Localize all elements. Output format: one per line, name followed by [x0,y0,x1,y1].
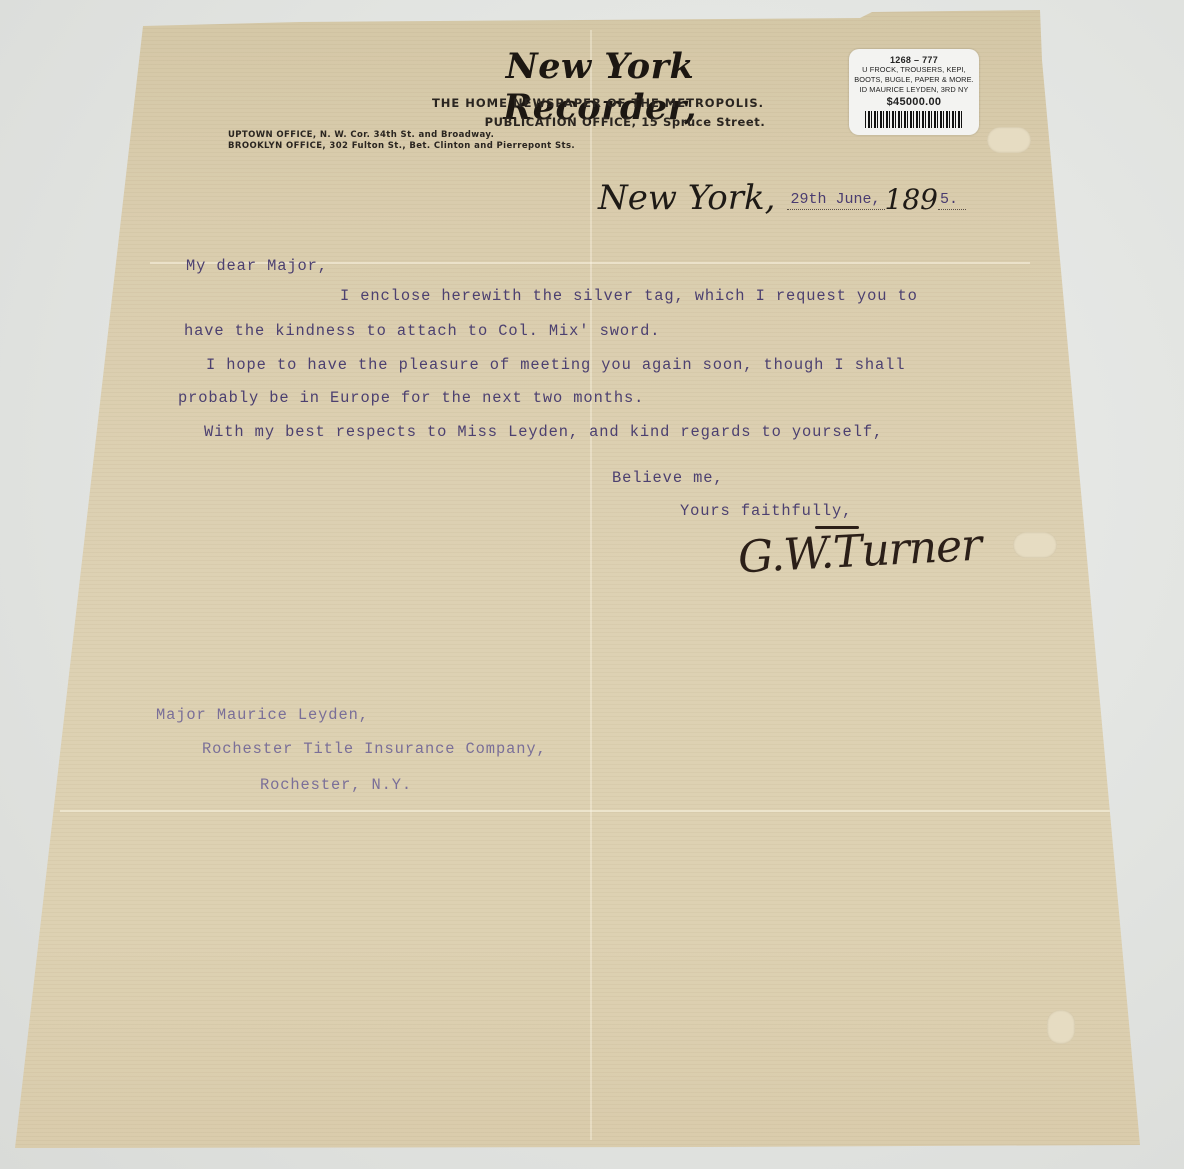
binder-hole-mark [987,127,1031,153]
barcode-icon [865,111,963,128]
price-tag-sticker: 1268 – 777 U FROCK, TROUSERS, KEPI, BOOT… [849,49,979,135]
closing-line-2: Yours faithfully, [680,502,852,520]
binder-hole-mark [1013,532,1057,558]
recipient-city: Rochester, N.Y. [260,776,412,794]
brooklyn-office: BROOKLYN OFFICE, 302 Fulton St., Bet. Cl… [228,141,575,151]
price-tag-desc-line: U FROCK, TROUSERS, KEPI, [849,65,979,75]
masthead-tagline: THE HOME NEWSPAPER OF THE METROPOLIS. [428,96,768,110]
body-line-2: have the kindness to attach to Col. Mix'… [184,322,660,340]
body-line-5: With my best respects to Miss Leyden, an… [204,423,883,441]
price-tag-price: $45000.00 [849,96,979,108]
recipient-company: Rochester Title Insurance Company, [202,740,547,758]
fold-line [590,30,592,1140]
body-line-4: probably be in Europe for the next two m… [178,389,644,407]
price-tag-desc-line: BOOTS, BUGLE, PAPER & MORE. [849,75,979,85]
publication-office: PUBLICATION OFFICE, 15 Spruce Street. [460,115,790,129]
uptown-office: UPTOWN OFFICE, N. W. Cor. 34th St. and B… [228,130,494,140]
price-tag-desc-line: ID MAURICE LEYDEN, 3RD NY [849,85,979,95]
letter-sheet [0,0,1184,1169]
recipient-name: Major Maurice Leyden, [156,706,369,724]
body-line-1: I enclose herewith the silver tag, which… [340,287,918,305]
salutation: My dear Major, [186,257,328,275]
dateline-year-typed: 5. [938,191,966,210]
binder-hole-mark [1047,1010,1075,1044]
dateline-date: 29th June, [787,191,885,210]
dateline: New York, 29th June,1895. [598,178,966,218]
dateline-city: New York, [598,178,775,218]
closing-line-1: Believe me, [612,469,724,487]
body-line-3: I hope to have the pleasure of meeting y… [206,356,905,374]
dateline-year-printed: 189 [885,183,938,216]
price-tag-sku: 1268 – 777 [849,55,979,65]
